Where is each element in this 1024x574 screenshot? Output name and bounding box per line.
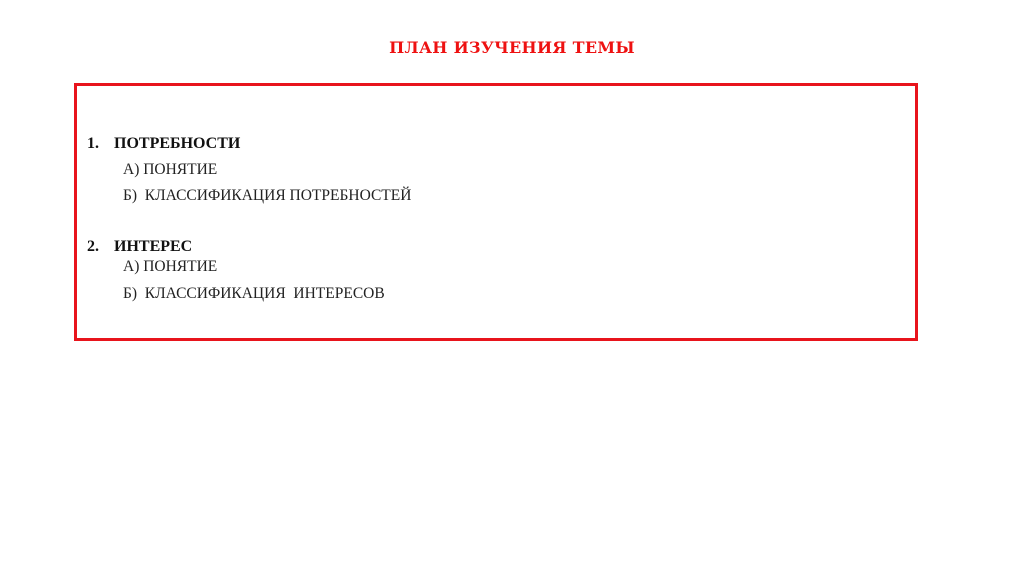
section-number: 1. [87,135,114,153]
plan-section-2: 2.ИНТЕРЕС А) ПОНЯТИЕ Б) КЛАССИФИКАЦИЯ ИН… [87,238,385,312]
section-heading: 1.ПОТРЕБНОСТИ [87,135,411,161]
section-title: ПОТРЕБНОСТИ [114,135,240,152]
slide-title: ПЛАН ИЗУЧЕНИЯ ТЕМЫ [0,38,1024,57]
sub-item: А) ПОНЯТИЕ [123,161,411,187]
sub-item: Б) КЛАССИФИКАЦИЯ ИНТЕРЕСОВ [123,285,385,312]
plan-box: 1.ПОТРЕБНОСТИ А) ПОНЯТИЕ Б) КЛАССИФИКАЦИ… [74,83,918,341]
plan-section-1: 1.ПОТРЕБНОСТИ А) ПОНЯТИЕ Б) КЛАССИФИКАЦИ… [87,135,411,213]
section-number: 2. [87,238,114,256]
section-title: ИНТЕРЕС [114,238,192,255]
sub-item: А) ПОНЯТИЕ [123,258,385,285]
section-heading: 2.ИНТЕРЕС [87,238,385,258]
sub-item: Б) КЛАССИФИКАЦИЯ ПОТРЕБНОСТЕЙ [123,187,411,213]
